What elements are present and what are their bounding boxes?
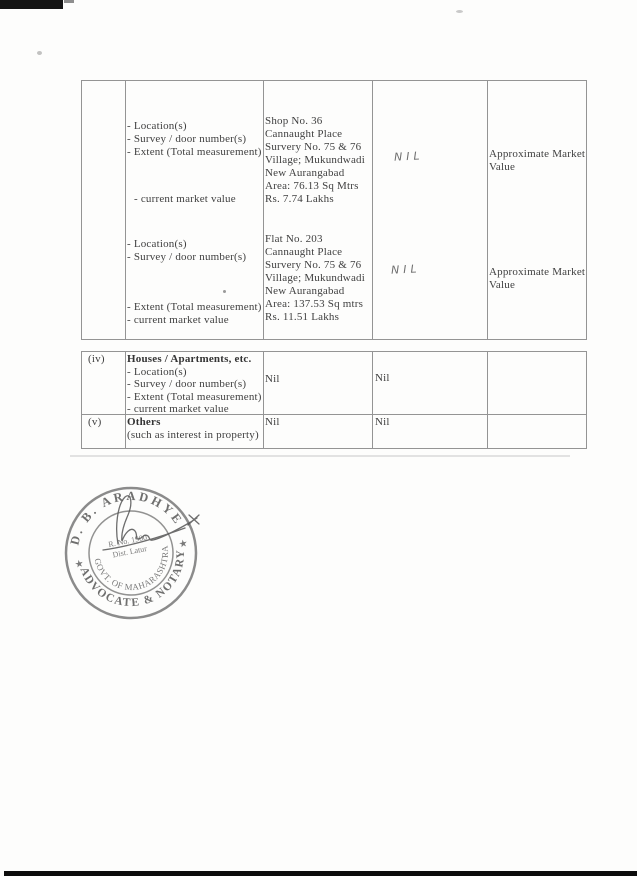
row2-field-labels: - Location(s) - Survey / door number(s) (127, 238, 246, 264)
table-border-line (263, 81, 264, 339)
row-v-value-col4: Nil (375, 416, 390, 429)
table-border-line (263, 352, 264, 448)
row1-field-labels: - Location(s) - Survey / door number(s) … (127, 120, 262, 159)
signature-flourish-cross (188, 515, 199, 525)
row2-handwritten-nil: NIL (391, 262, 421, 277)
row-v-index: (v) (88, 416, 101, 429)
stamp-star-left-icon: ★ (74, 558, 85, 571)
row-iv-field-labels: - Location(s) - Survey / door number(s) … (127, 366, 262, 416)
row-iv-index: (iv) (88, 353, 105, 366)
row1-market-value-label: - current market value (134, 193, 236, 206)
scan-speck (37, 51, 42, 55)
row-v-value-col3: Nil (265, 416, 280, 429)
row-v-title: Others (127, 416, 161, 429)
scan-artifact-bottom-edge (4, 871, 637, 876)
table-border-line (125, 352, 126, 448)
scan-artifact-top-left-2 (64, 0, 74, 3)
notary-stamp: D. B. ARADHYE ADVOCATE & NOTARY GOVT. OF… (46, 473, 236, 643)
scan-smear (70, 455, 570, 457)
table-border-line (125, 81, 126, 339)
scan-speck (456, 10, 463, 13)
row-iv-title: Houses / Apartments, etc. (127, 353, 251, 366)
row1-note: Approximate Market Value (489, 148, 589, 174)
row1-handwritten-nil: NIL (394, 149, 424, 164)
table-border-line (487, 352, 488, 448)
table-border-line (372, 81, 373, 339)
stamp-star-right-icon: ★ (178, 538, 189, 551)
row2-note: Approximate Market Value (489, 266, 589, 292)
row-iv-value-col3: Nil (265, 373, 280, 386)
scan-artifact-top-left (0, 0, 63, 9)
table-border-line (372, 352, 373, 448)
row-iv-value-col4: Nil (375, 372, 390, 385)
row1-property-details: Shop No. 36 Cannaught Place Survery No. … (265, 115, 365, 206)
table-border-line (487, 81, 488, 339)
row2-extent-value-labels: - Extent (Total measurement) - current m… (127, 301, 262, 327)
scanned-document-page: - Location(s) - Survey / door number(s) … (0, 0, 637, 876)
row-v-subtitle: (such as interest in property) (127, 429, 259, 442)
row2-property-details: Flat No. 203 Cannaught Place Survery No.… (265, 233, 365, 324)
